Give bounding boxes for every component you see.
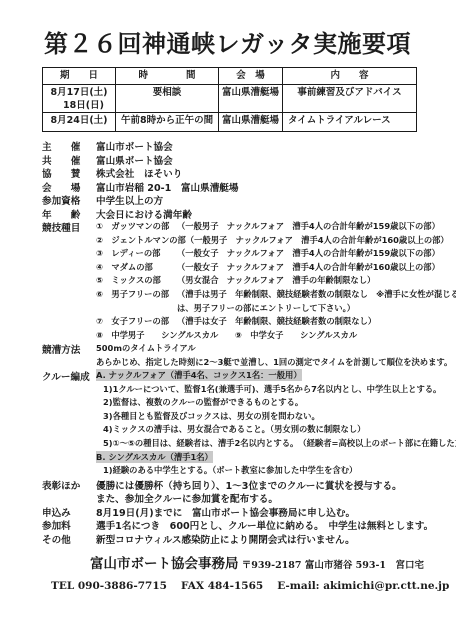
footer-office-name: 富山市ボート協会事務局 [90,556,239,572]
crew-rule-4: 4)ミックスの漕手は、男女混合であること。（男女別の数に制限なし） [42,423,452,437]
event-line-2: ② ジェントルマンの部（一般男子 ナックルフォア 漕手4人の合計年齢が160歳以… [42,234,452,248]
event-line-6-continued: は、男子フリーの部にエントリーして下さい。） [42,302,452,316]
footer-contact-line: TEL 090-3886-7715FAX 484-1565E-mail: aki… [0,580,456,592]
cell-content: 事前練習及びアドバイス [283,85,417,113]
schedule-header-row: 期 日 時 間 会 場 内 容 [43,68,417,85]
event-line-3: ③ レディーの部（一般女子 ナックルフォア 漕手4人の合計年齢が159歳以下の部… [42,247,452,261]
detail-line-age: 年 齢大会日における満年齢 [42,207,452,221]
crew-type-a-heading: A. ナックルフォア（漕手4名、コックス1名：一般用） [96,369,302,381]
detail-line-sponsor: 協 賛株式会社 ほそいり [42,166,452,180]
awards-note: また、参加全クルーに参加賞を配布する。 [42,491,452,505]
footer-email: E-mail: akimichi@pr.ctt.ne.jp [277,580,449,592]
crew-rule-1: 1)1クルーについて、監督1名(兼選手可)、選手5名から7名以内とし、中学生以上… [42,383,452,397]
event-line-6: ⑥ 男子フリーの部（漕手は男子 年齢制限、競技経験者数の制限なし ※漕手に女性が… [42,288,452,302]
crew-rule-5: 5)①～⑤の種目は、経験者は、漕手2名以内とする。 （経験者=高校以上のボート部… [42,437,452,451]
detail-line-race-method: 競漕方法500mのタイムトライアル [42,342,452,356]
event-line-4: ④ マダムの部（一般女子 ナックルフォア 漕手4人の合計年齢が160歳以上の部） [42,261,452,275]
detail-line-eligibility: 参加資格中学生以上の方 [42,193,452,207]
header-time: 時 間 [116,68,219,85]
detail-line-fee: 参加料選手1名につき 600円とし、クルー単位に納める。 中学生は無料とします。 [42,518,452,532]
cell-venue: 富山県漕艇場 [219,113,283,132]
cell-date: 8月24日(土) [43,113,116,132]
crew-type-b-line: B. シングルスカル（漕手1名） [42,451,452,465]
details-section: 主 催富山市ボート協会 共 催富山県ボート協会 協 賛株式会社 ほそいり 会 場… [42,139,452,545]
detail-line-other: その他新型コロナウィルス感染防止により開閉会式は行いません。 [42,532,452,546]
event-line-1: 競技種目① ガッツマンの部（一般男子 ナックルフォア 漕手4人の合計年齢が159… [42,220,452,234]
detail-line-co-organizer: 共 催富山県ボート協会 [42,153,452,167]
header-content: 内 容 [283,68,417,85]
schedule-table: 期 日 時 間 会 場 内 容 8月17日(土)18日(日) 要相談 富山県漕艇… [42,67,417,132]
header-venue: 会 場 [219,68,283,85]
cell-content: タイムトライアルレース [283,113,417,132]
crew-rule-2: 2)監督は、複数のクルーの監督ができるものとする。 [42,396,452,410]
footer-office-line: 富山市ボート協会事務局 〒939-2187 富山市猪谷 593-1 宮口宅 [0,552,456,572]
document-page: 第２６回神通峡レガッタ実施要項 期 日 時 間 会 場 内 容 8月17日(土)… [0,0,456,644]
schedule-row-practice: 8月17日(土)18日(日) 要相談 富山県漕艇場 事前練習及びアドバイス [43,85,417,113]
cell-time: 午前8時から正午の間 [116,113,219,132]
race-method-note: あらかじめ、指定した時刻に2～3艇で並漕し、1回の測定でタイムを計測して順位を決… [42,356,452,370]
event-line-7: ⑦ 女子フリーの部（漕手は女子 年齢制限、競技経験者数の制限なし） [42,315,452,329]
detail-line-application: 申込み8月19日(月)までに 富山市ボート協会事務局に申し込む。 [42,505,452,519]
detail-line-venue: 会 場富山市岩稲 20-1 富山県漕艇場 [42,180,452,194]
cell-time: 要相談 [116,85,219,113]
footer-fax: FAX 484-1565 [181,580,263,592]
schedule-row-race: 8月24日(土) 午前8時から正午の間 富山県漕艇場 タイムトライアルレース [43,113,417,132]
event-line-5: ⑤ ミックスの部（男女混合 ナックルフォア 漕手の年齢制限なし） [42,274,452,288]
footer-tel: TEL 090-3886-7715 [51,580,167,592]
detail-line-awards: 表彰ほか優勝には優勝杯（持ち回り）、1～3位までのクルーに賞状を授与する。 [42,478,452,492]
cell-venue: 富山県漕艇場 [219,85,283,113]
page-title: 第２６回神通峡レガッタ実施要項 [44,24,411,59]
crew-type-b-heading: B. シングルスカル（漕手1名） [96,451,213,463]
detail-line-crew: クルー編成A. ナックルフォア（漕手4名、コックス1名：一般用） [42,369,452,383]
crew-type-b-rule-1: 1)経験のある中学生とする。（ボート教室に参加した中学生を含む） [42,464,452,478]
footer-address: 〒939-2187 富山市猪谷 593-1 宮口宅 [238,560,424,571]
cell-date: 8月17日(土)18日(日) [43,85,116,113]
detail-line-organizer: 主 催富山市ボート協会 [42,139,452,153]
header-date: 期 日 [43,68,116,85]
crew-rule-3: 3)各種目とも監督及びコックスは、男女の別を問わない。 [42,410,452,424]
event-line-8-9: ⑧ 中学男子 シングルスカル ⑨ 中学女子 シングルスカル [42,329,452,343]
